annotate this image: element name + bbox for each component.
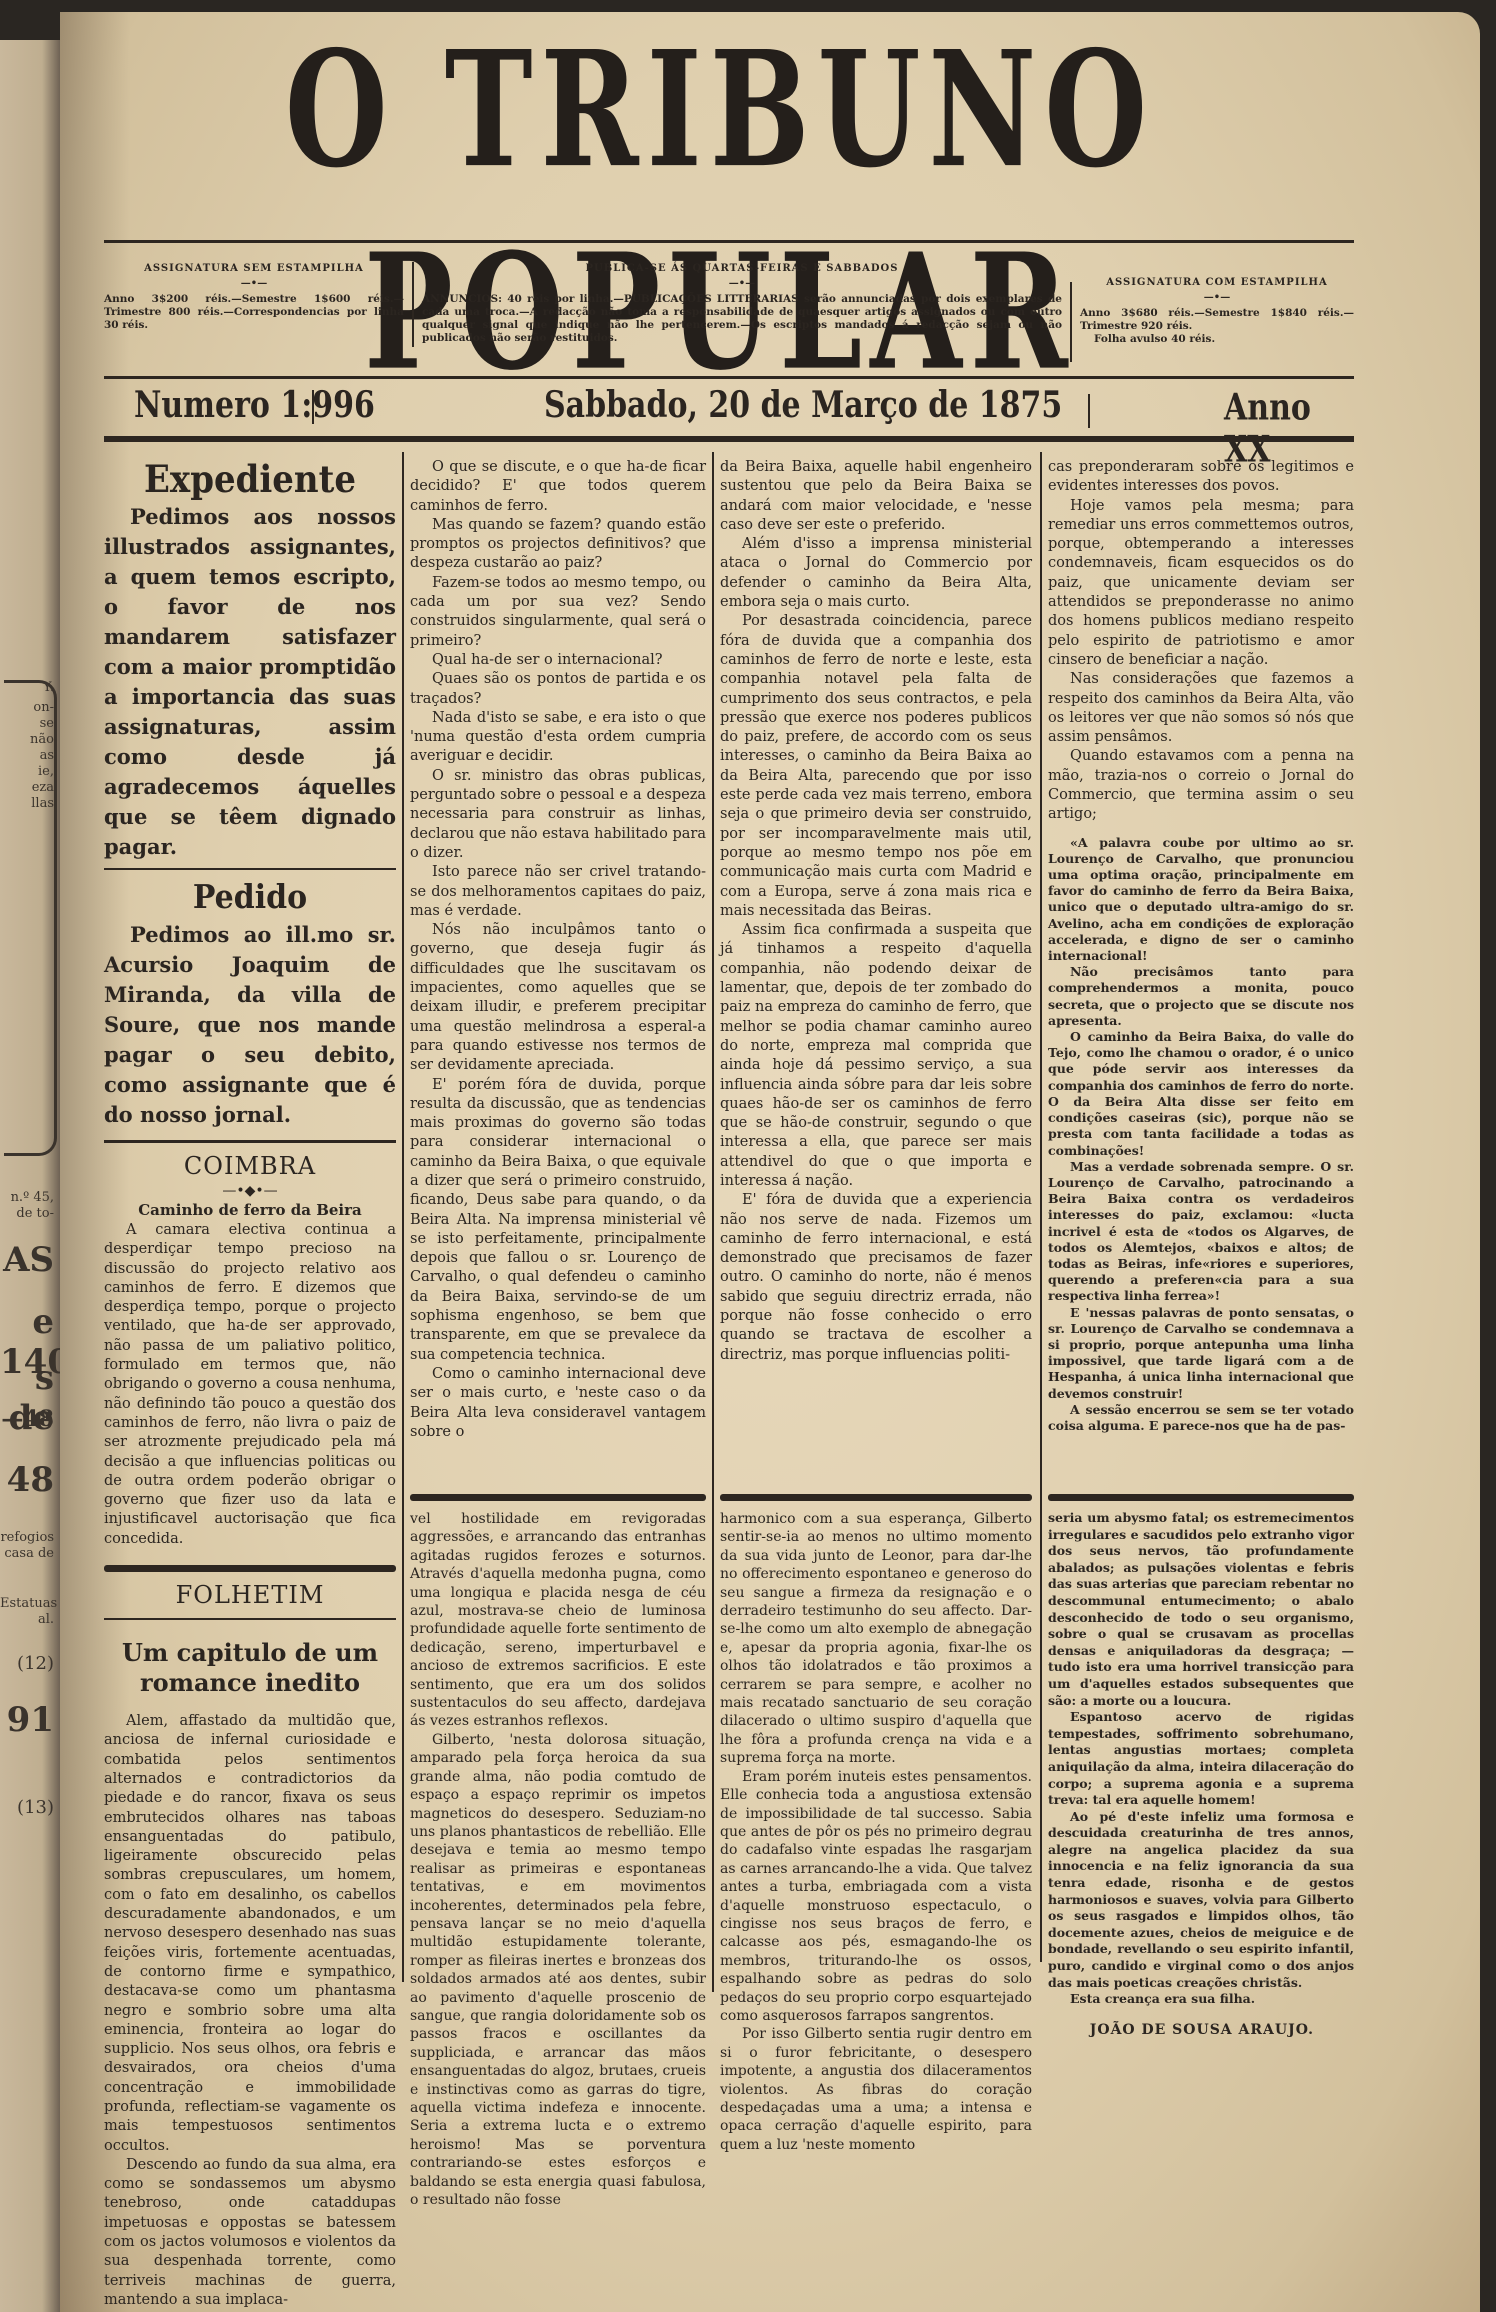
ornament-icon: —•— [104,279,404,289]
column-2-folhetim: vel hostilidade em revigoradas aggressõe… [410,1510,706,2209]
adjacent-fragment: Estatuas [0,1596,54,1611]
article-paragraph: Nada d'isto se sabe, e era isto o que 'n… [410,709,706,767]
quote-paragraph: Não precisâmos tanto para comprehendermo… [1048,964,1354,1029]
newspaper-page: O TRIBUNO POPULAR ASSIGNATURA SEM ESTAMP… [60,12,1480,2312]
adjacent-fragment: llas [0,796,54,811]
subscription-no-stamp-text: Anno 3$200 réis.—Semestre 1$600 réis.—Tr… [104,293,404,332]
folhetim-paragraph: harmonico com a sua esperança, Gilberto … [720,1510,1032,1768]
coimbra-body: A camara electiva continua a desperdiçar… [104,1221,396,1549]
adjacent-fragment: n.º 45, [0,1190,54,1205]
column-4-folhetim: seria um abysmo fatal; os estremecimento… [1048,1510,1354,2038]
expediente-text: Pedimos aos nossos illustrados assignant… [104,502,396,862]
subscription-with-stamp-heading: ASSIGNATURA COM ESTAMPILHA [1080,276,1354,289]
folhetim-paragraph: vel hostilidade em revigoradas aggressõe… [410,1510,706,1731]
folhetim-paragraph: seria um abysmo fatal; os estremecimento… [1048,1510,1354,1709]
column-1: Expediente Pedimos aos nossos illustrado… [104,458,396,2310]
issue-number: Numero 1:996 [134,385,375,427]
adjacent-fragment: on- [0,700,54,715]
ornament-icon: —•— [422,279,1062,289]
column-divider [1070,282,1072,362]
expediente-heading: Expediente [104,456,396,504]
article-paragraph: Mas quando se fazem? quando estão prompt… [410,516,706,574]
folhetim-paragraph: Espantoso acervo de rigidas tempestades,… [1048,1709,1354,1809]
column-4: cas preponderaram sobre os legitimos e e… [1048,458,1354,1434]
masthead-rule [104,240,1354,243]
article-paragraph: Qual ha-de ser o internacional? [410,651,706,670]
publication-text: ANNUNCIOS: 40 réis por linha.—PUBLICAÇÕE… [422,293,1062,345]
adjacent-fragment: as [0,748,54,763]
subscription-no-stamp: ASSIGNATURA SEM ESTAMPILHA —•— Anno 3$20… [104,262,404,332]
folhetim-title: Um capitulo de um romance inedito [104,1638,396,1698]
column-divider [712,452,714,1992]
ornament-icon: —•◆•— [104,1183,396,1199]
article-paragraph: Fazem-se todos ao mesmo tempo, ou cada u… [410,574,706,651]
folhetim-divider [720,1494,1032,1501]
article-paragraph: Hoje vamos pela mesma; para remediar uns… [1048,497,1354,671]
article-paragraph: cas preponderaram sobre os legitimos e e… [1048,458,1354,497]
adjacent-fragment: (13) [0,1800,54,1815]
single-issue-price: Folha avulso 40 réis. [1080,333,1354,346]
issue-date: Sabbado, 20 de Março de 1875 [544,385,1062,427]
folhetim-paragraph: Alem, affastado da multidão que, anciosa… [104,1712,396,2156]
article-paragraph: Como o caminho internacional deve ser o … [410,1365,706,1442]
article-paragraph: Assim fica confirmada a suspeita que já … [720,921,1032,1191]
dateline-bottom-rule [104,436,1354,442]
section-divider [104,1618,396,1620]
adjacent-fragment: AS [0,1240,54,1280]
pedido-heading: Pedido [104,874,396,922]
section-divider [104,1140,396,1143]
coimbra-heading: COIMBRA [104,1149,396,1183]
folhetim-paragraph: Ao pé d'este infeliz uma formosa e descu… [1048,1809,1354,1992]
adjacent-fragment: não [0,732,54,747]
quote-paragraph: «A palavra coube por ultimo ao sr. Loure… [1048,835,1354,965]
article-paragraph: Quaes são os pontos de partida e os traç… [410,670,706,709]
column-3-folhetim: harmonico com a sua esperança, Gilberto … [720,1510,1032,2154]
masthead: O TRIBUNO POPULAR [100,92,1340,242]
coimbra-subheading: Caminho de ferro da Beira [104,1199,396,1221]
adjacent-fragment: —48 [0,1412,54,1427]
adjacent-fragment: Y. [0,680,54,695]
article-paragraph: Nas considerações que fazemos a respeito… [1048,670,1354,747]
adjacent-fragment: refogios [0,1530,54,1545]
adjacent-fragment: casa de [0,1546,54,1561]
subscription-with-stamp: ASSIGNATURA COM ESTAMPILHA —•— Anno 3$68… [1080,276,1354,346]
article-paragraph: Quando estavamos com a penna na mão, tra… [1048,747,1354,824]
adjacent-fragment: se [0,716,54,731]
expediente-body: Pedimos aos nossos illustrados assignant… [104,502,396,862]
ornament-icon: —•— [1080,293,1354,303]
publication-info: PUBLICA-SE ÁS QUARTAS-FEIRAS E SABBADOS … [422,262,1062,345]
article-paragraph: Isto parece não ser crivel tratando-se d… [410,863,706,921]
column-3: da Beira Baixa, aquelle habil engenheiro… [720,458,1032,1365]
publication-heading: PUBLICA-SE ÁS QUARTAS-FEIRAS E SABBADOS [422,262,1062,275]
folhetim-paragraph: Descendo ao fundo da sua alma, era como … [104,2156,396,2310]
article-paragraph: O sr. ministro das obras publicas, pergu… [410,767,706,863]
quote-paragraph: O caminho da Beira Baixa, do valle do Te… [1048,1029,1354,1159]
column-divider [312,390,314,424]
folhetim-heading: FOLHETIM [104,1578,396,1612]
subscription-no-stamp-heading: ASSIGNATURA SEM ESTAMPILHA [104,262,404,275]
column-divider [1040,452,1042,1962]
article-paragraph: E' fóra de duvida que a experiencia não … [720,1191,1032,1365]
adjacent-fragment: 48 [0,1460,54,1500]
adjacent-page-strip: Y. on- se não as ie, eza llas n.º 45, de… [0,40,60,2312]
column-divider [412,262,414,347]
dateline-top-rule [104,376,1354,379]
quote-paragraph: E 'nessas palavras de ponto sensatas, o … [1048,1305,1354,1402]
pedido-body: Pedimos ao ill.mo sr. Acursio Joaquim de… [104,920,396,1130]
quote-paragraph: Mas a verdade sobrenada sempre. O sr. Lo… [1048,1159,1354,1305]
adjacent-fragment: eza [0,780,54,795]
folhetim-divider [104,1565,396,1572]
dateline: Numero 1:996 Sabbado, 20 de Março de 187… [104,380,1354,434]
article-paragraph: O que se discute, e o que ha-de ficar de… [410,458,706,516]
quote-paragraph: A sessão encerrou se sem se ter votado c… [1048,1402,1354,1434]
author-signature: JOÃO DE SOUSA ARAUJO. [1048,2022,1354,2039]
folhetim-paragraph: Eram porém inuteis estes pensamentos. El… [720,1768,1032,2026]
pedido-text: Pedimos ao ill.mo sr. Acursio Joaquim de… [104,920,396,1130]
column-2: O que se discute, e o que ha-de ficar de… [410,458,706,1442]
column-divider [402,452,404,1982]
article-paragraph: E' porém fóra de duvida, porque resulta … [410,1076,706,1365]
folhetim-paragraph: Por isso Gilberto sentia rugir dentro em… [720,2025,1032,2154]
quoted-article: «A palavra coube por ultimo ao sr. Loure… [1048,835,1354,1435]
section-divider [104,868,396,870]
column-divider [1088,394,1090,428]
folhetim-paragraph: Gilberto, 'nesta dolorosa situação, ampa… [410,1731,706,2210]
adjacent-fragment: 91 [0,1700,54,1740]
article-paragraph: Nós não inculpâmos tanto o governo, que … [410,921,706,1075]
article-paragraph: da Beira Baixa, aquelle habil engenheiro… [720,458,1032,535]
folhetim-divider [410,1494,706,1501]
article-paragraph: Por desastrada coincidencia, parece fóra… [720,612,1032,921]
adjacent-fragment: (12) [0,1656,54,1671]
adjacent-fragment: ie, [0,764,54,779]
adjacent-fragment: de to- [0,1206,54,1221]
folhetim-divider [1048,1494,1354,1501]
article-paragraph: Além d'isso a imprensa ministerial ataca… [720,535,1032,612]
subscription-with-stamp-text: Anno 3$680 réis.—Semestre 1$840 réis.—Tr… [1080,307,1354,333]
folhetim-paragraph: Esta creança era sua filha. [1048,1991,1354,2008]
adjacent-fragment: al. [0,1612,54,1627]
subscription-info-row: ASSIGNATURA SEM ESTAMPILHA —•— Anno 3$20… [104,262,1354,372]
